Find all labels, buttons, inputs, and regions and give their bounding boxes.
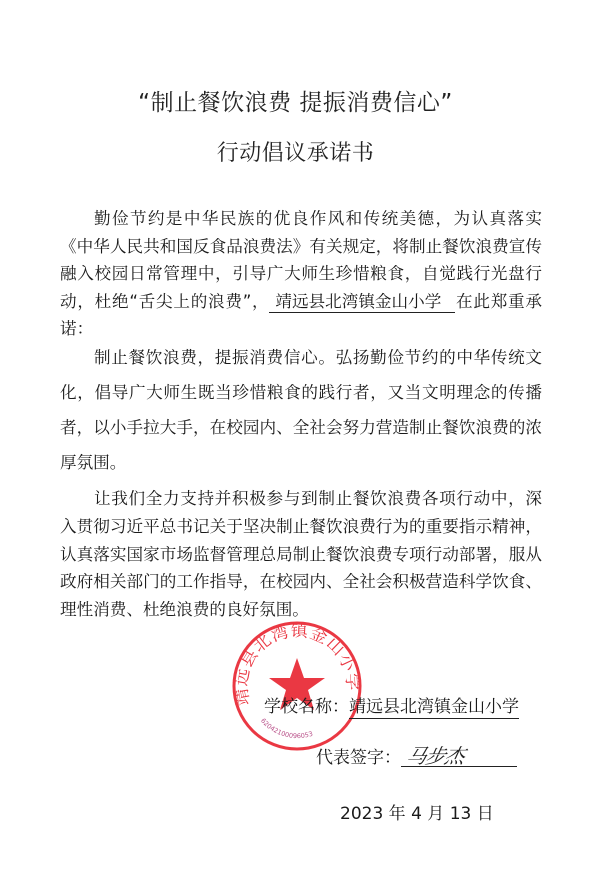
school-name-blank: 靖远县北湾镇金山小学 (269, 292, 455, 313)
school-name-row: 学校名称：靖远县北湾镇金山小学 (264, 692, 519, 717)
official-seal: 靖远县北湾镇金山小学 62042100096053 (231, 620, 363, 752)
paragraph-commitment: 制止餐饮浪费，提振消费信心。弘扬勤俭节约的中华传统文化，倡导广大师生既当珍惜粮食… (60, 340, 542, 480)
document-subtitle: 行动倡议承诺书 (0, 136, 591, 167)
document-title: “制止餐饮浪费 提振消费信心” (0, 84, 591, 117)
seal-code: 62042100096053 (259, 717, 314, 740)
representative-row: 代表签字：马步杰 (316, 743, 517, 768)
representative-label: 代表签字： (316, 748, 401, 768)
paragraph-action: 让我们全力支持并积极参与到制止餐饮浪费各项行动中，深入贯彻习近平总书记关于坚决制… (60, 485, 542, 624)
school-name-label: 学校名称： (264, 697, 349, 717)
school-name-value: 靖远县北湾镇金山小学 (349, 697, 519, 719)
handwritten-signature: 马步杰 (404, 740, 467, 769)
document-date: 2023 年 4 月 13 日 (340, 799, 494, 824)
signature-line: 马步杰 (401, 746, 517, 767)
paragraph-intro: 勤俭节约是中华民族的优良作风和传统美德，为认真落实《中华人民共和国反食品浪费法》… (60, 205, 542, 343)
